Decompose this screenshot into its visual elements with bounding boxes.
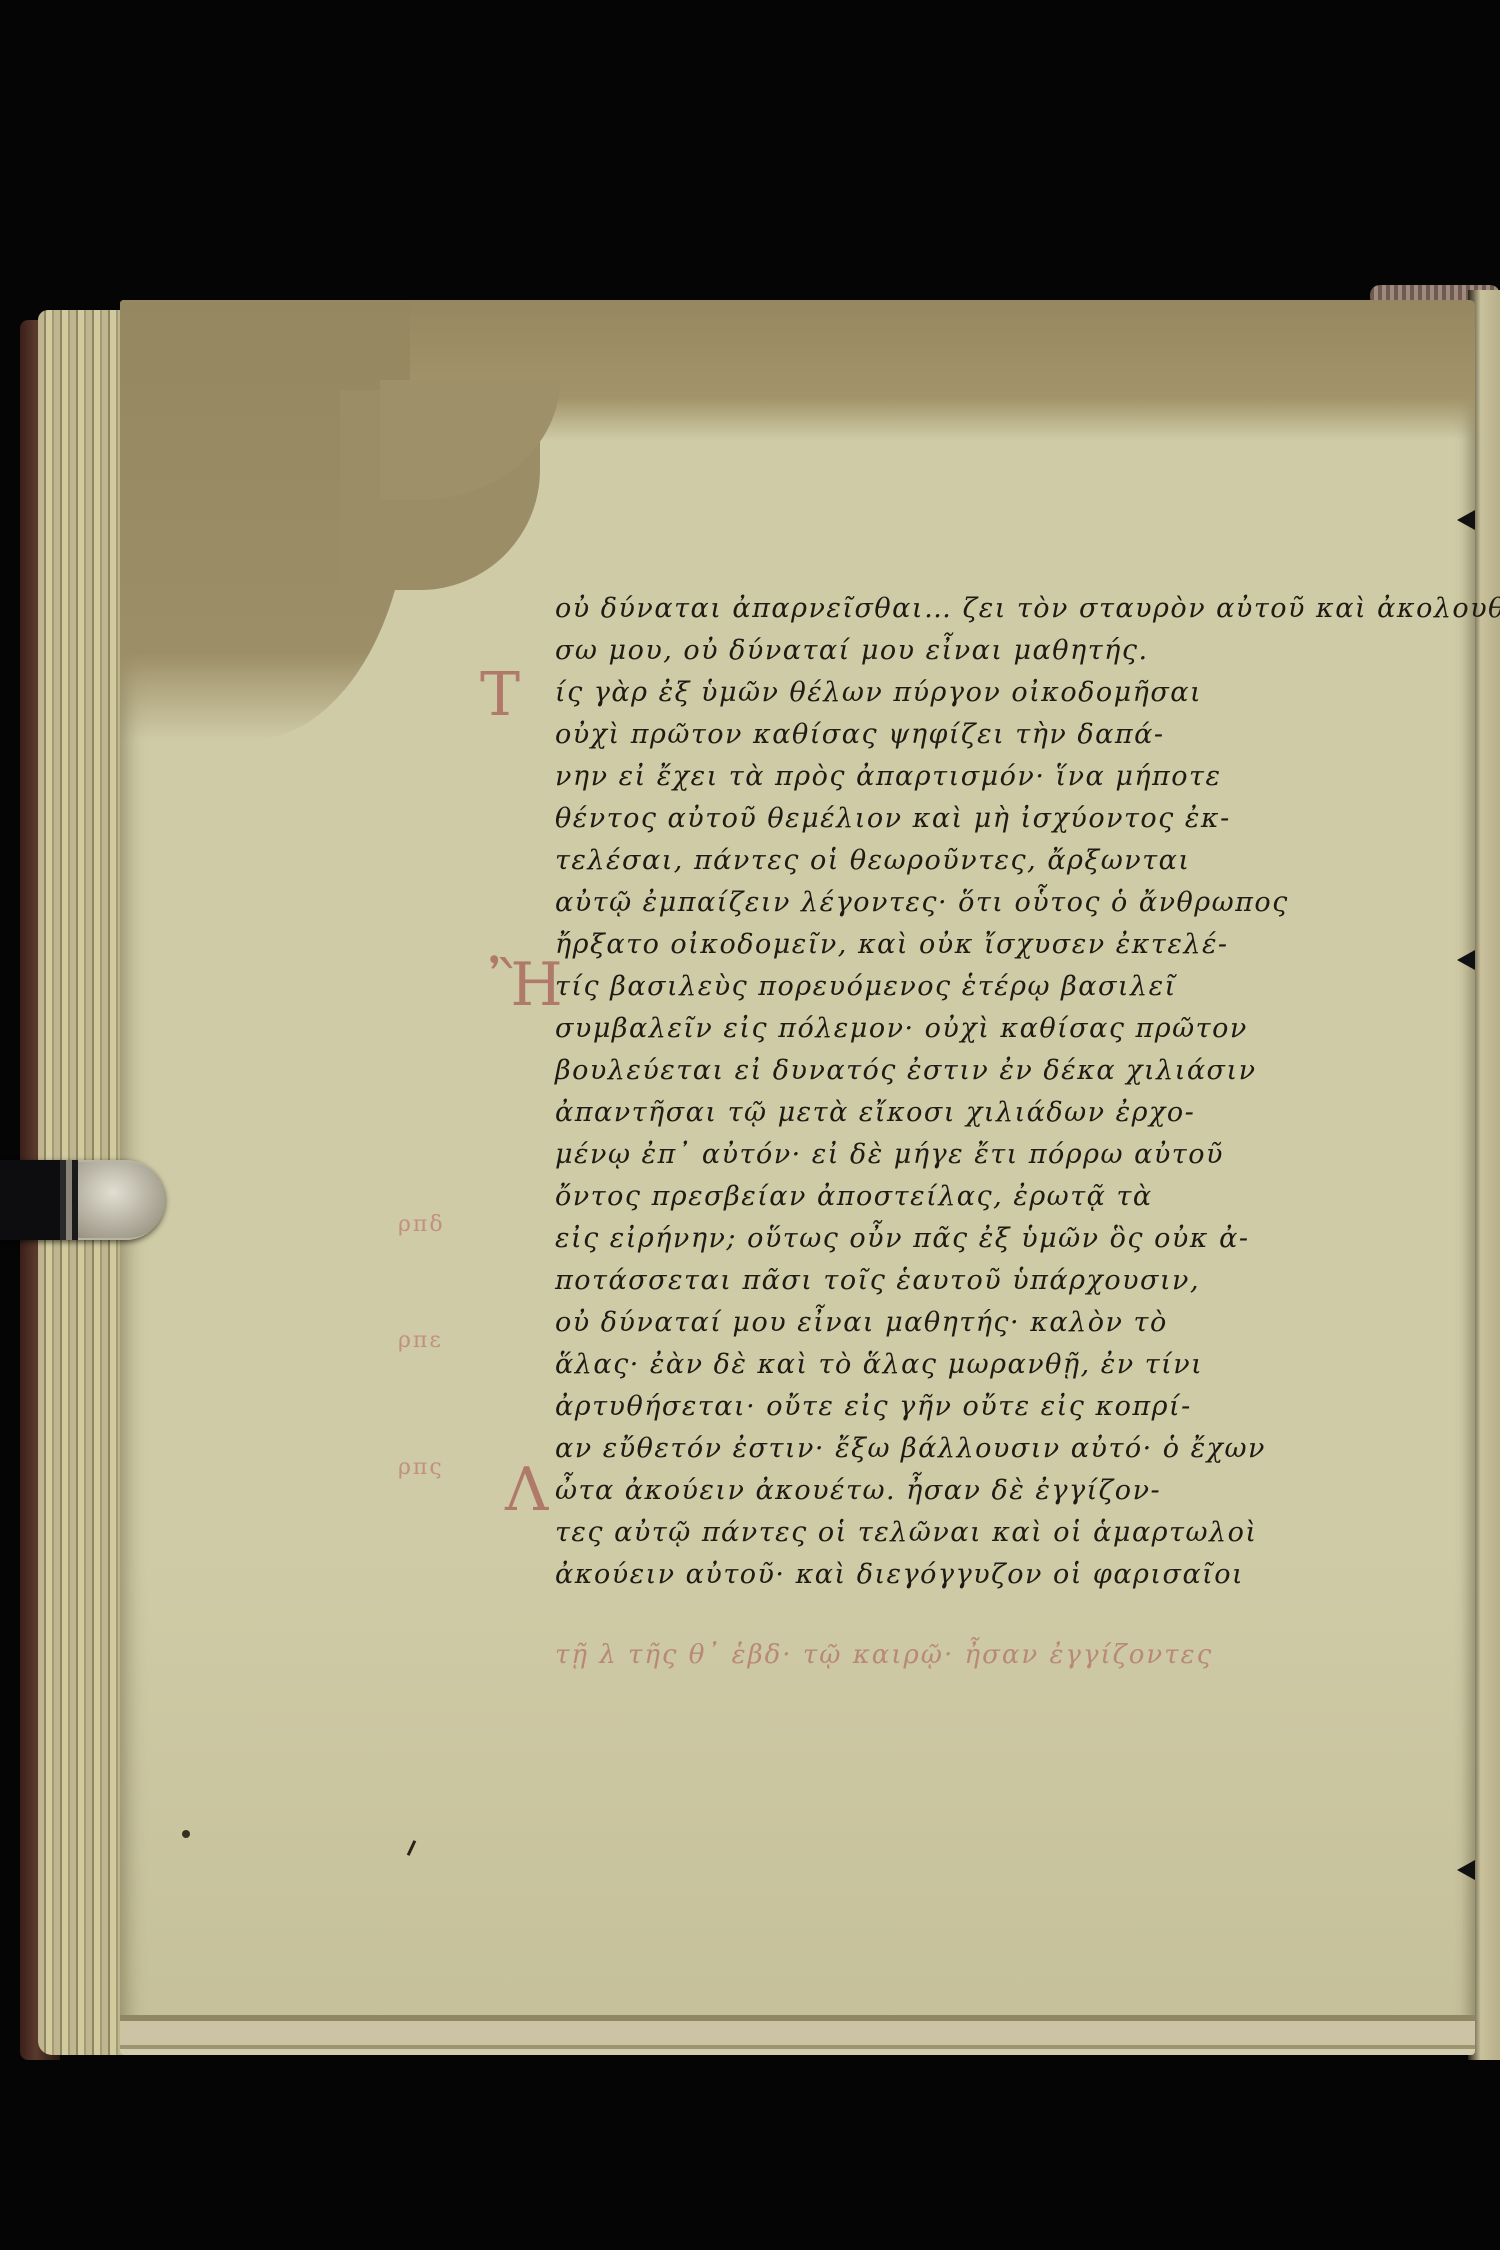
rubricated-initial: Λ	[505, 1455, 548, 1525]
text-line: μένῳ ἐπ᾽ αὐτόν· εἰ δὲ μήγε ἔτι πόρρω αὐτ…	[555, 1138, 1345, 1172]
text-line: οὐ δύναται ἀπαρνεῖσθαι… ζει τὸν σταυρὸν …	[555, 592, 1345, 626]
text-line: τες αὐτῷ πάντες οἱ τελῶναι καὶ οἱ ἁμαρτω…	[555, 1516, 1345, 1550]
margin-section-number: ρπε	[398, 1328, 443, 1353]
rubricated-initial: Τ	[480, 660, 520, 730]
text-line: θέντος αὐτοῦ θεμέλιον καὶ μὴ ἰσχύοντος ἐ…	[555, 802, 1345, 836]
text-line: ἀκούειν αὐτοῦ· καὶ διεγόγγυζον οἱ φαρισα…	[555, 1558, 1345, 1592]
text-line: βουλεύεται εἰ δυνατός ἐστιν ἐν δέκα χιλι…	[555, 1054, 1345, 1088]
text-line: αὐτῷ ἐμπαίζειν λέγοντες· ὅτι οὗτος ὁ ἄνθ…	[555, 886, 1345, 920]
text-line: εἰς εἰρήνην; οὕτως οὖν πᾶς ἐξ ὑμῶν ὃς οὐ…	[555, 1222, 1345, 1256]
text-line: ὄντος πρεσβείαν ἀποστείλας, ἐρωτᾷ τὰ	[555, 1180, 1345, 1214]
text-line: ποτάσσεται πᾶσι τοῖς ἑαυτοῦ ὑπάρχουσιν,	[555, 1264, 1345, 1298]
text-block: Τ Ἢ Λ ρπδ ρπε ρπς οὐ δύναται ἀπαρνεῖσθαι…	[0, 0, 1500, 2250]
text-line: ἀρτυθήσεται· οὔτε εἰς γῆν οὔτε εἰς κοπρί…	[555, 1390, 1345, 1424]
text-line: ίς γὰρ ἐξ ὑμῶν θέλων πύργον οἰκοδομῆσαι	[555, 676, 1345, 710]
pointer-tip	[78, 1162, 166, 1238]
text-line: οὐ δύναταί μου εἶναι μαθητής· καλὸν τὸ	[555, 1306, 1345, 1340]
text-line: αν εὔθετόν ἐστιν· ἔξω βάλλουσιν αὐτό· ὁ …	[555, 1432, 1345, 1466]
text-line: ὦτα ἀκούειν ἀκουέτω. ἦσαν δὲ ἐγγίζον-	[555, 1474, 1345, 1508]
text-line: νην εἰ ἔχει τὰ πρὸς ἀπαρτισμόν· ἵνα μήπο…	[555, 760, 1345, 794]
rubric-lection-heading: τῇ λ τῆς θ᾽ ἑβδ· τῷ καιρῷ· ἦσαν ἐγγίζοντ…	[555, 1640, 1355, 1670]
text-line: οὐχὶ πρῶτον καθίσας ψηφίζει τὴν δαπά-	[555, 718, 1345, 752]
text-line: ἤρξατο οἰκοδομεῖν, καὶ οὐκ ἴσχυσεν ἐκτελ…	[555, 928, 1345, 962]
margin-section-number: ρπς	[398, 1455, 444, 1480]
text-line: σω μου, οὐ δύναταί μου εἶναι μαθητής.	[555, 634, 1345, 668]
rubricated-initial: Ἢ	[490, 950, 563, 1020]
text-line: τελέσαι, πάντες οἱ θεωροῦντες, ἄρξωνται	[555, 844, 1345, 878]
text-line: ἅλας· ἐὰν δὲ καὶ τὸ ἅλας μωρανθῇ, ἐν τίν…	[555, 1348, 1345, 1382]
margin-section-number: ρπδ	[398, 1212, 445, 1237]
text-line: συμβαλεῖν εἰς πόλεμον· οὐχὶ καθίσας πρῶτ…	[555, 1012, 1345, 1046]
text-line: τίς βασιλεὺς πορευόμενος ἑτέρῳ βασιλεῖ	[555, 970, 1345, 1004]
text-line: ἀπαντῆσαι τῷ μετὰ εἴκοσι χιλιάδων ἐρχο-	[555, 1096, 1345, 1130]
